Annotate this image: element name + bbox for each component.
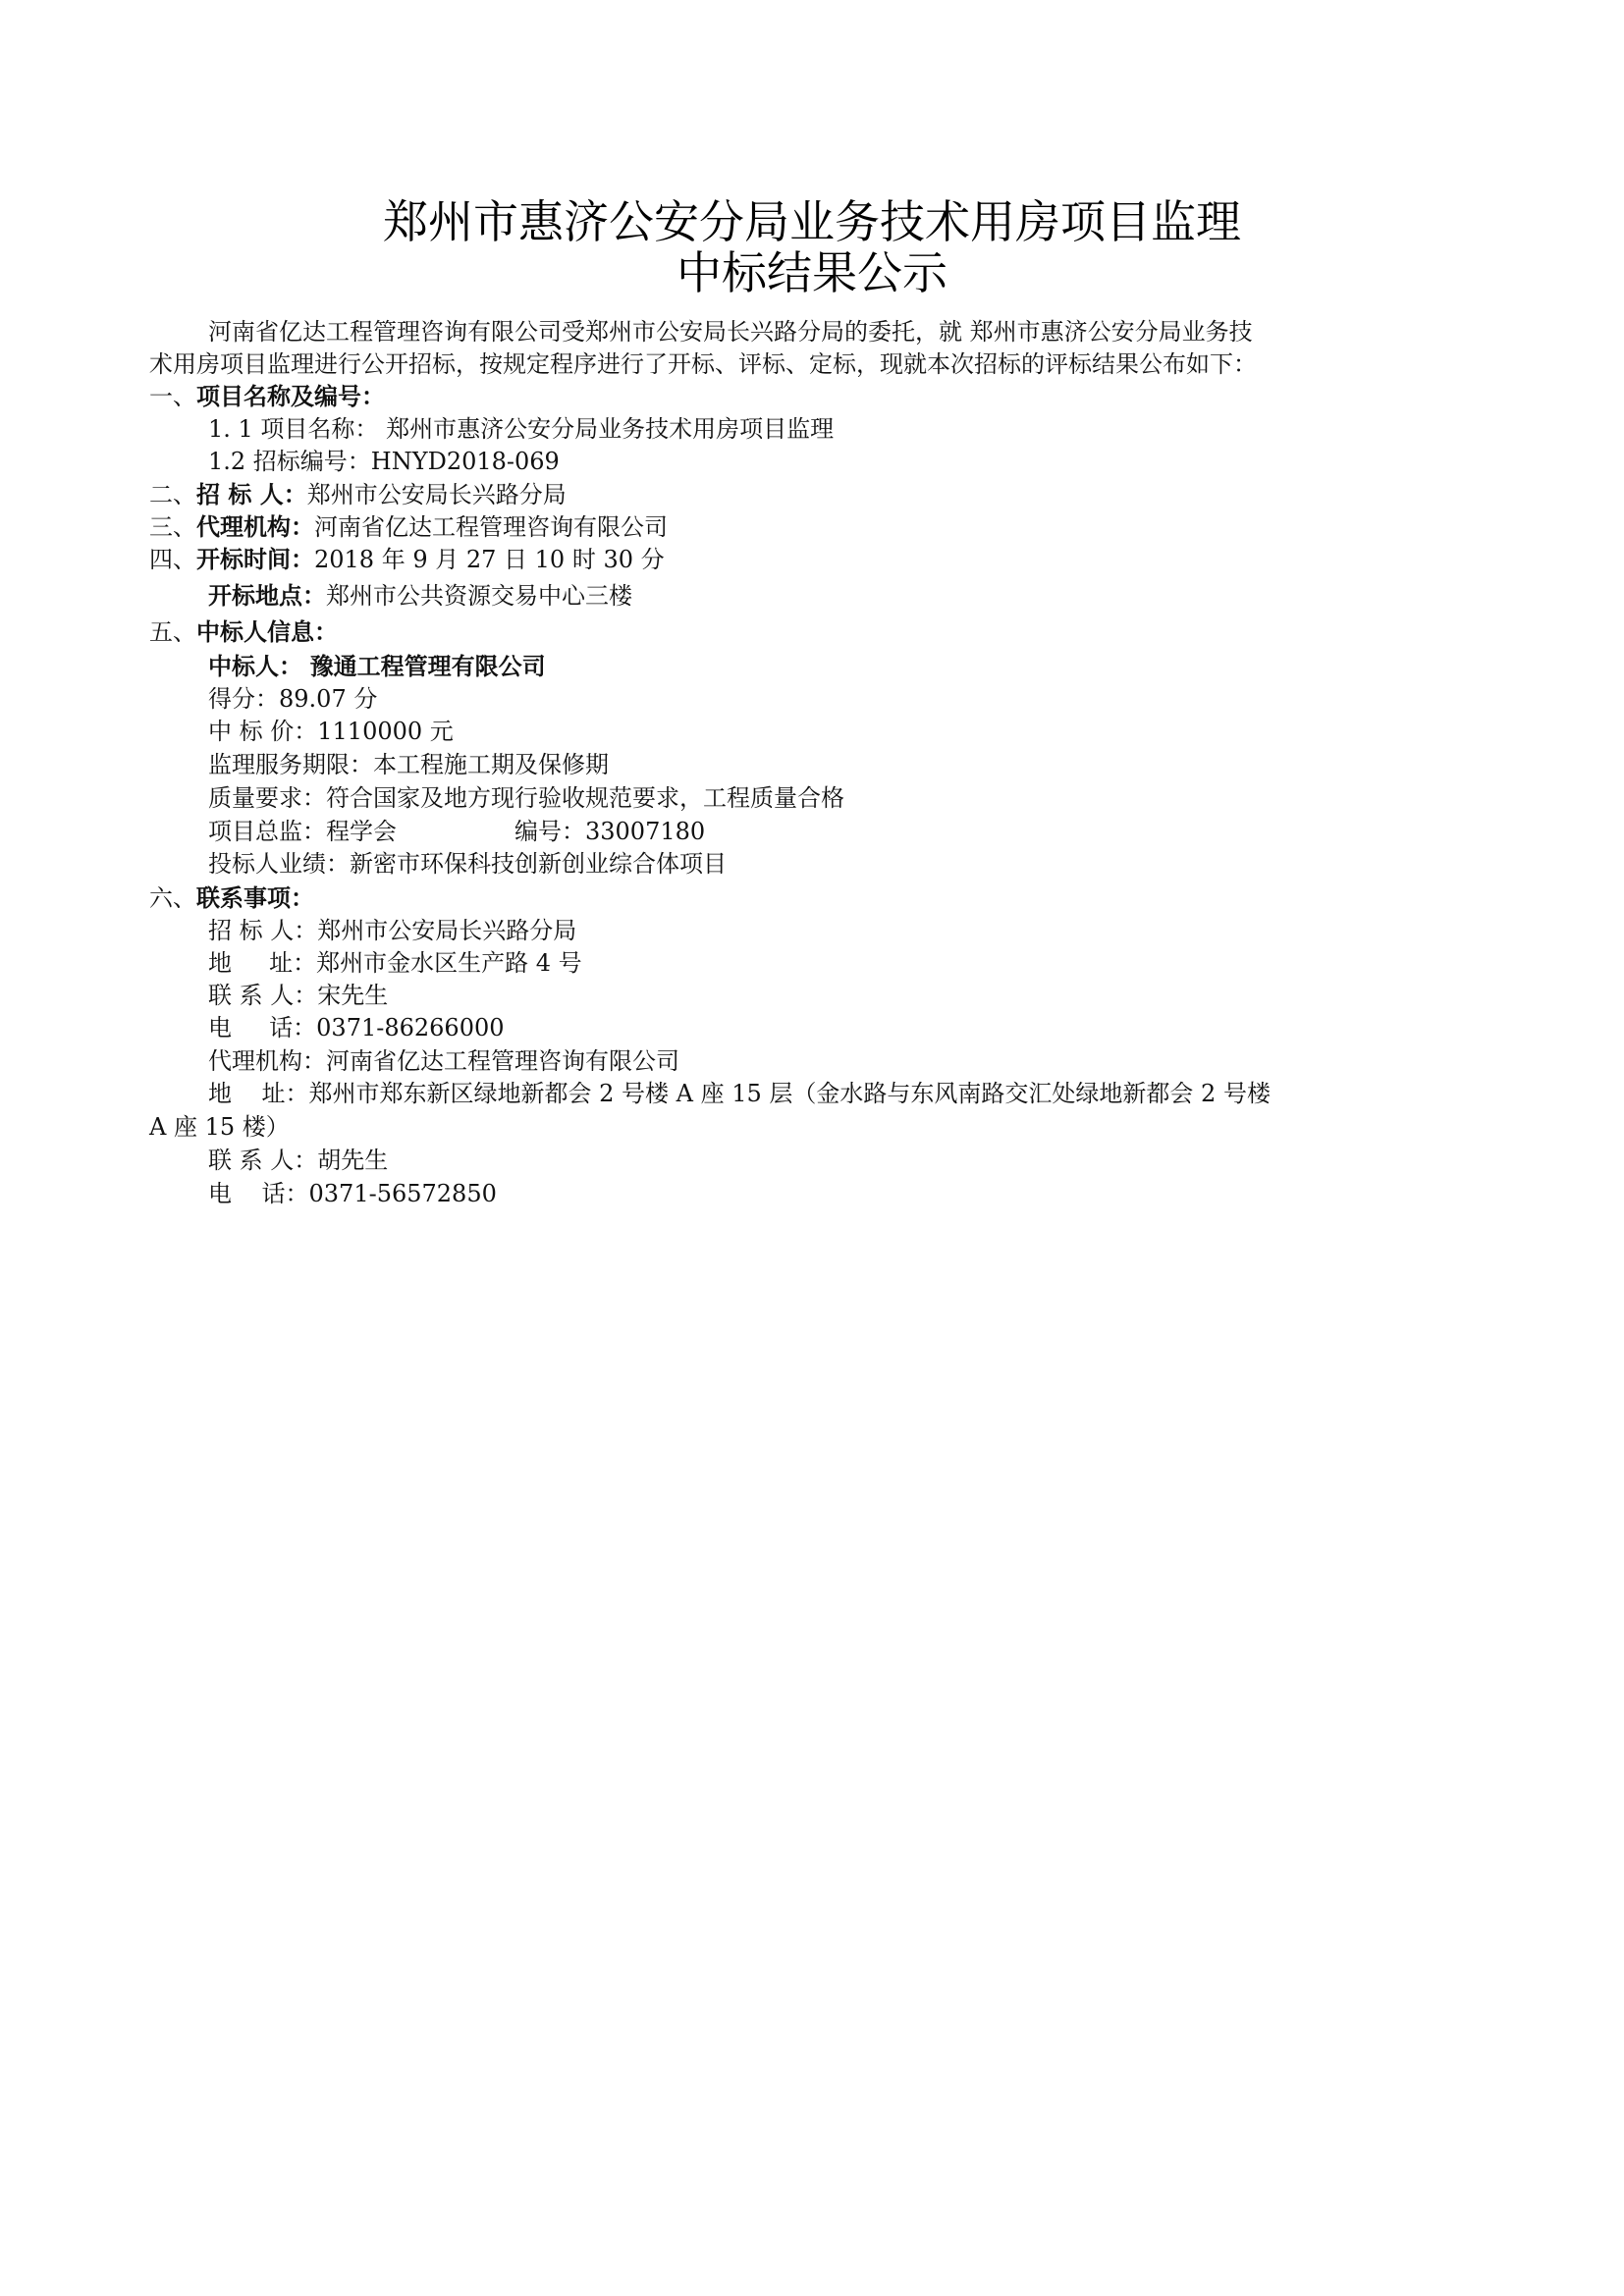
opening-place-value: 郑州市公共资源交易中心三楼 [326,582,632,610]
score-row: 得分：89.07 分 [208,683,1534,716]
price-value: 1110000 元 [317,718,454,745]
section-title: 代理机构： [196,513,314,541]
contact-agency-phone-row: 电 话：0371-56572850 [208,1178,1534,1210]
intro-paragraph-line1: 河南省亿达工程管理咨询有限公司受郑州市公安局长兴路分局的委托，就 郑州市惠济公安… [208,316,1534,348]
field-label: 中标人： [208,653,302,680]
contact-agency-address-row: 地 址：郑州市郑东新区绿地新都会 2 号楼 A 座 15 层（金水路与东风南路交… [208,1078,1534,1110]
field-label: 电 话： [208,1014,316,1041]
agency-value: 河南省亿达工程管理咨询有限公司 [314,513,668,541]
contact-tenderer-row: 招 标 人：郑州市公安局长兴路分局 [208,915,1534,947]
project-name-row: 1. 1 项目名称： 郑州市惠济公安分局业务技术用房项目监理 [208,413,1534,446]
contact-agency-address-value: 郑州市郑东新区绿地新都会 2 号楼 A 座 15 层（金水路与东风南路交汇处绿地… [309,1080,1271,1107]
document-title-line1: 郑州市惠济公安分局业务技术用房项目监理 [0,196,1624,247]
service-period-row: 监理服务期限：本工程施工期及保修期 [208,749,1534,781]
winner-row: 中标人： 豫通工程管理有限公司 [208,651,1534,683]
section-title: 招 标 人： [196,481,307,508]
contact-tenderer-person-value: 宋先生 [317,982,388,1009]
opening-place-row: 开标地点：郑州市公共资源交易中心三楼 [208,580,1534,613]
section-4-opening-time: 四、开标时间：2018 年 9 月 27 日 10 时 30 分 [149,544,1475,576]
project-name-value: 郑州市惠济公安分局业务技术用房项目监理 [386,415,834,443]
document-title-line2: 中标结果公示 [0,247,1624,298]
section-number: 五、 [149,618,196,646]
field-label: 地 址： [208,1080,309,1107]
tender-number-value: HNYD2018-069 [371,448,560,475]
contact-tenderer-address-value: 郑州市金水区生产路 4 号 [316,949,582,977]
contact-agency-person-row: 联 系 人：胡先生 [208,1145,1534,1177]
field-label: 电 话： [208,1180,309,1207]
price-row: 中 标 价：1110000 元 [208,716,1534,748]
contact-agency-address-continuation: A 座 15 楼） [149,1111,1475,1144]
winner-value: 豫通工程管理有限公司 [310,653,546,680]
contact-tenderer-value: 郑州市公安局长兴路分局 [317,917,576,944]
contact-agency-phone-value: 0371-56572850 [309,1180,497,1207]
section-title: 联系事项： [196,884,314,912]
certificate-number-value: 33007180 [585,818,705,845]
field-label: 联 系 人： [208,1147,317,1174]
section-3-agency: 三、代理机构：河南省亿达工程管理咨询有限公司 [149,511,1475,544]
intro-paragraph-line2: 术用房项目监理进行公开招标，按规定程序进行了开标、评标、定标，现就本次招标的评标… [149,348,1475,381]
field-label: 得分： [208,685,279,713]
field-label: 1. 1 项目名称： [208,415,378,443]
performance-row: 投标人业绩：新密市环保科技创新创业综合体项目 [208,848,1534,881]
field-label: 联 系 人： [208,982,317,1009]
opening-time-value: 2018 年 9 月 27 日 10 时 30 分 [314,546,665,573]
field-label: 代理机构： [208,1047,326,1075]
contact-tenderer-address-row: 地 址：郑州市金水区生产路 4 号 [208,947,1534,980]
field-label: 1.2 招标编号： [208,448,371,475]
score-value: 89.07 分 [279,685,377,713]
tenderer-value: 郑州市公安局长兴路分局 [307,481,567,508]
tender-number-row: 1.2 招标编号：HNYD2018-069 [208,446,1534,478]
section-number: 四、 [149,546,196,573]
field-label: 开标地点： [208,582,326,610]
field-label: 地 址： [208,949,316,977]
contact-tenderer-person-row: 联 系 人：宋先生 [208,980,1534,1012]
contact-agency-row: 代理机构：河南省亿达工程管理咨询有限公司 [208,1045,1534,1078]
section-number: 六、 [149,884,196,912]
field-label: 中 标 价： [208,718,317,745]
service-period-value: 本工程施工期及保修期 [373,751,609,778]
contact-tenderer-phone-value: 0371-86266000 [316,1014,504,1041]
quality-value: 符合国家及地方现行验收规范要求，工程质量合格 [326,784,844,812]
director-value: 程学会 [326,818,397,845]
section-title: 开标时间： [196,546,314,573]
section-5-heading: 五、中标人信息： [149,616,1475,649]
document-page: 郑州市惠济公安分局业务技术用房项目监理 中标结果公示 河南省亿达工程管理咨询有限… [0,0,1624,2296]
director-row: 项目总监：程学会编号：33007180 [208,816,1534,848]
field-label: 编号： [514,818,585,845]
section-6-heading: 六、联系事项： [149,882,1475,915]
performance-value: 新密市环保科技创新创业综合体项目 [350,850,727,878]
field-label: 招 标 人： [208,917,317,944]
section-number: 一、 [149,383,196,410]
field-label: 投标人业绩： [208,850,350,878]
section-title: 项目名称及编号： [196,383,385,410]
field-label: 项目总监： [208,818,326,845]
contact-tenderer-phone-row: 电 话：0371-86266000 [208,1012,1534,1044]
section-title: 中标人信息： [196,618,338,646]
section-2-tenderer: 二、招 标 人：郑州市公安局长兴路分局 [149,479,1475,511]
field-label: 监理服务期限： [208,751,373,778]
section-number: 三、 [149,513,196,541]
section-1-heading: 一、项目名称及编号： [149,381,1475,413]
section-number: 二、 [149,481,196,508]
quality-row: 质量要求：符合国家及地方现行验收规范要求，工程质量合格 [208,782,1534,815]
contact-agency-value: 河南省亿达工程管理咨询有限公司 [326,1047,679,1075]
contact-agency-person-value: 胡先生 [317,1147,388,1174]
field-label: 质量要求： [208,784,326,812]
